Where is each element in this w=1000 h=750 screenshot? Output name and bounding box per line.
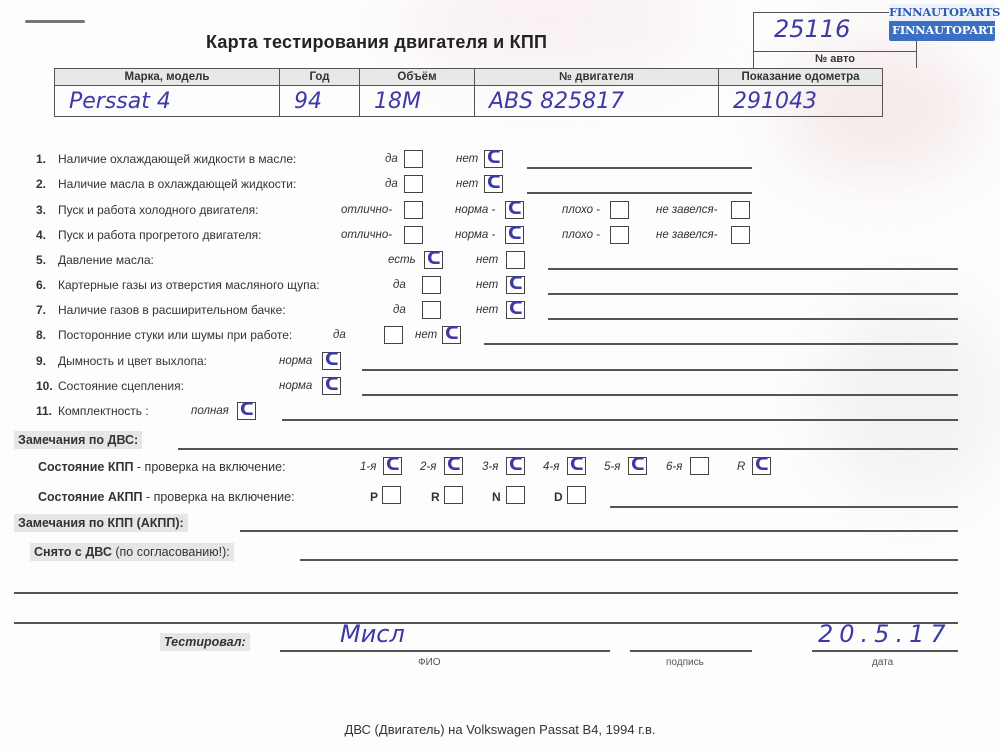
notes-line[interactable] — [484, 343, 958, 345]
option-label: нет — [456, 178, 478, 190]
checkbox[interactable]: ᑕ — [237, 402, 256, 420]
checkbox[interactable] — [731, 226, 750, 244]
remarks-engine-line[interactable] — [178, 448, 958, 450]
handwritten-check-icon: ᑕ — [631, 457, 645, 473]
option-label: да — [393, 279, 406, 291]
notes-line[interactable] — [362, 394, 958, 396]
checklist-item: 1.Наличие охлаждающей жидкости в масле: — [36, 152, 296, 166]
notes-line[interactable] — [527, 192, 752, 194]
checkbox[interactable] — [506, 486, 525, 504]
checkbox[interactable]: ᑕ — [506, 276, 525, 294]
removed-label-bold: Снято с ДВС — [34, 545, 112, 559]
volume-value: 18M — [360, 86, 475, 117]
gear-label: 6-я — [666, 461, 682, 473]
kpp-label: Состояние КПП - проверка на включение: — [38, 460, 286, 474]
item-number: 9. — [36, 354, 58, 368]
handwritten-check-icon: ᑕ — [445, 326, 459, 342]
checkbox[interactable]: ᑕ — [505, 226, 524, 244]
item-number: 2. — [36, 177, 58, 191]
option-label: да — [385, 153, 398, 165]
item-number: 7. — [36, 303, 58, 317]
item-text: Пуск и работа прогретого двигателя: — [58, 228, 262, 242]
handwritten-check-icon: ᑕ — [325, 352, 339, 368]
option-label: да — [393, 304, 406, 316]
notes-line[interactable] — [14, 622, 958, 624]
notes-line[interactable] — [282, 419, 958, 421]
checkbox[interactable] — [422, 301, 441, 319]
akpp-notes-line[interactable] — [610, 506, 958, 508]
akpp-label-bold: Состояние АКПП — [38, 490, 142, 504]
item-text: Наличие газов в расширительном бачке: — [58, 303, 286, 317]
tester-name-value: Мисл — [340, 620, 405, 648]
notes-line[interactable] — [548, 268, 958, 270]
handwritten-check-icon: ᑕ — [755, 457, 769, 473]
handwritten-check-icon: ᑕ — [487, 175, 501, 191]
form-title: Карта тестирования двигателя и КПП — [206, 32, 547, 53]
checkbox[interactable] — [404, 226, 423, 244]
name-caption: ФИО — [418, 657, 441, 668]
remarks-engine-label: Замечания по ДВС: — [14, 431, 142, 449]
make-model-value: Perssat 4 — [55, 86, 280, 117]
col-engine-number: № двигателя — [475, 69, 719, 86]
option-label: есть — [388, 254, 416, 266]
paper-shadow — [820, 300, 1000, 500]
checkbox[interactable]: ᑕ — [628, 457, 647, 475]
option-label: нет — [415, 329, 437, 341]
checklist-item: 8.Посторонние стуки или шумы при работе: — [36, 328, 292, 342]
item-text: Пуск и работа холодного двигателя: — [58, 203, 258, 217]
handwritten-check-icon: ᑕ — [240, 402, 254, 418]
remarks-kpp-label: Замечания по КПП (АКПП): — [14, 514, 188, 532]
item-text: Давление масла: — [58, 253, 154, 267]
checklist-item: 7.Наличие газов в расширительном бачке: — [36, 303, 286, 317]
checkbox[interactable]: ᑕ — [506, 301, 525, 319]
checklist-item: 4.Пуск и работа прогретого двигателя: — [36, 228, 262, 242]
option-label: да — [333, 329, 346, 341]
engine-number-value: ABS 825817 — [475, 86, 719, 117]
checklist-item: 11.Комплектность : — [36, 404, 149, 418]
kpp-label-rest: - проверка на включение: — [133, 460, 285, 474]
notes-line[interactable] — [527, 167, 752, 169]
notes-line[interactable] — [14, 592, 958, 594]
checkbox[interactable]: ᑕ — [567, 457, 586, 475]
handwritten-check-icon: ᑕ — [487, 150, 501, 166]
option-label: нет — [476, 279, 498, 291]
col-volume: Объём — [360, 69, 475, 86]
item-number: 10. — [36, 379, 58, 393]
gear-label: 2-я — [420, 461, 436, 473]
checklist-item: 6.Картерные газы из отверстия масляного … — [36, 278, 320, 292]
option-label: отлично- — [341, 229, 392, 241]
year-value: 94 — [280, 86, 360, 117]
checkbox[interactable] — [610, 201, 629, 219]
tested-label: Тестировал: — [160, 633, 250, 651]
gear-label: 1-я — [360, 461, 376, 473]
gear-label: 4-я — [543, 461, 559, 473]
remarks-kpp-line[interactable] — [240, 530, 958, 532]
checkbox[interactable]: ᑕ — [752, 457, 771, 475]
removed-label-rest: (по согласованию!): — [112, 545, 230, 559]
gear-label: 5-я — [604, 461, 620, 473]
checkbox[interactable] — [404, 201, 423, 219]
option-label: полная — [191, 405, 229, 417]
option-label: плохо - — [562, 229, 600, 241]
checkbox[interactable]: ᑕ — [484, 150, 503, 168]
scanned-form: Карта тестирования двигателя и КПП 25116… — [0, 0, 1000, 750]
handwritten-check-icon: ᑕ — [508, 201, 522, 217]
odometer-value: 291043 — [719, 86, 883, 117]
checkbox[interactable] — [422, 276, 441, 294]
checkbox[interactable]: ᑕ — [444, 457, 463, 475]
removed-line[interactable] — [300, 559, 958, 561]
akpp-label: Состояние АКПП - проверка на включение: — [38, 490, 295, 504]
kpp-label-bold: Состояние КПП — [38, 460, 133, 474]
checkbox[interactable]: ᑕ — [322, 377, 341, 395]
item-number: 1. — [36, 152, 58, 166]
finnautoparts-watermark: FINNAUTOPARTS FINNAUTOPARTS — [889, 4, 995, 41]
checkbox[interactable]: ᑕ — [383, 457, 402, 475]
item-text: Посторонние стуки или шумы при работе: — [58, 328, 292, 342]
col-year: Год — [280, 69, 360, 86]
signature-line[interactable] — [630, 650, 752, 652]
item-number: 5. — [36, 253, 58, 267]
handwritten-check-icon: ᑕ — [570, 457, 584, 473]
checklist-item: 2.Наличие масла в охлаждающей жидкости: — [36, 177, 296, 191]
handwritten-check-icon: ᑕ — [386, 457, 400, 473]
checkbox[interactable]: ᑕ — [484, 175, 503, 193]
checkbox[interactable] — [567, 486, 586, 504]
pen-mark — [25, 20, 85, 23]
notes-line[interactable] — [548, 293, 958, 295]
option-label: плохо - — [562, 204, 600, 216]
checklist-item: 3.Пуск и работа холодного двигателя: — [36, 203, 258, 217]
item-number: 6. — [36, 278, 58, 292]
name-line[interactable] — [280, 650, 610, 652]
checkbox[interactable]: ᑕ — [424, 251, 443, 269]
handwritten-check-icon: ᑕ — [447, 457, 461, 473]
handwritten-check-icon: ᑕ — [427, 251, 441, 267]
watermark-text: FINNAUTOPARTS — [889, 4, 995, 21]
option-label: норма — [279, 380, 312, 392]
option-label: да — [385, 178, 398, 190]
option-label: нет — [456, 153, 478, 165]
vehicle-info-table: Марка, модель Год Объём № двигателя Пока… — [54, 68, 883, 117]
checkbox[interactable] — [731, 201, 750, 219]
option-label: норма — [279, 355, 312, 367]
option-label: не завелся- — [656, 204, 718, 216]
akpp-label-rest: - проверка на включение: — [142, 490, 294, 504]
option-label: не завелся- — [656, 229, 718, 241]
checklist-item: 9.Дымность и цвет выхлопа: — [36, 354, 207, 368]
date-line[interactable] — [812, 650, 958, 652]
option-label: норма - — [455, 204, 495, 216]
item-text: Дымность и цвет выхлопа: — [58, 354, 207, 368]
gear-label: 3-я — [482, 461, 498, 473]
col-make-model: Марка, модель — [55, 69, 280, 86]
handwritten-check-icon: ᑕ — [509, 276, 523, 292]
handwritten-check-icon: ᑕ — [508, 226, 522, 242]
checkbox[interactable] — [384, 326, 403, 344]
handwritten-check-icon: ᑕ — [325, 377, 339, 393]
checkbox[interactable]: ᑕ — [322, 352, 341, 370]
checkbox[interactable] — [382, 486, 401, 504]
item-text: Комплектность : — [58, 404, 149, 418]
date-value: 20.5.17 — [818, 620, 952, 648]
checkbox[interactable] — [404, 150, 423, 168]
item-text: Картерные газы из отверстия масляного щу… — [58, 278, 320, 292]
option-label: нет — [476, 304, 498, 316]
handwritten-check-icon: ᑕ — [509, 457, 523, 473]
item-number: 11. — [36, 404, 58, 418]
option-label: отлично- — [341, 204, 392, 216]
checkbox[interactable]: ᑕ — [442, 326, 461, 344]
notes-line[interactable] — [548, 318, 958, 320]
option-label: норма - — [455, 229, 495, 241]
mode-label: P — [370, 490, 378, 504]
checkbox[interactable]: ᑕ — [506, 457, 525, 475]
mode-label: D — [554, 490, 563, 504]
checkbox[interactable] — [404, 175, 423, 193]
checklist-item: 5.Давление масла: — [36, 253, 154, 267]
checklist-item: 10.Состояние сцепления: — [36, 379, 184, 393]
checkbox[interactable] — [444, 486, 463, 504]
date-caption: дата — [872, 657, 893, 668]
image-caption: ДВС (Двигатель) на Volkswagen Passat B4,… — [0, 722, 1000, 737]
signature-caption: подпись — [666, 657, 704, 668]
mode-label: R — [431, 490, 440, 504]
mode-label: N — [492, 490, 501, 504]
item-text: Состояние сцепления: — [58, 379, 184, 393]
item-number: 8. — [36, 328, 58, 342]
item-number: 3. — [36, 203, 58, 217]
item-number: 4. — [36, 228, 58, 242]
item-text: Наличие охлаждающей жидкости в масле: — [58, 152, 296, 166]
gear-label: R — [737, 461, 745, 473]
handwritten-check-icon: ᑕ — [509, 301, 523, 317]
checkbox[interactable] — [610, 226, 629, 244]
checkbox[interactable] — [690, 457, 709, 475]
notes-line[interactable] — [362, 369, 958, 371]
checkbox[interactable] — [506, 251, 525, 269]
item-text: Наличие масла в охлаждающей жидкости: — [58, 177, 296, 191]
watermark-text: FINNAUTOPARTS — [892, 22, 992, 39]
col-odometer: Показание одометра — [719, 69, 883, 86]
option-label: нет — [476, 254, 498, 266]
auto-number-label: № авто — [753, 51, 917, 68]
checkbox[interactable]: ᑕ — [505, 201, 524, 219]
removed-label: Снято с ДВС (по согласованию!): — [30, 543, 234, 561]
